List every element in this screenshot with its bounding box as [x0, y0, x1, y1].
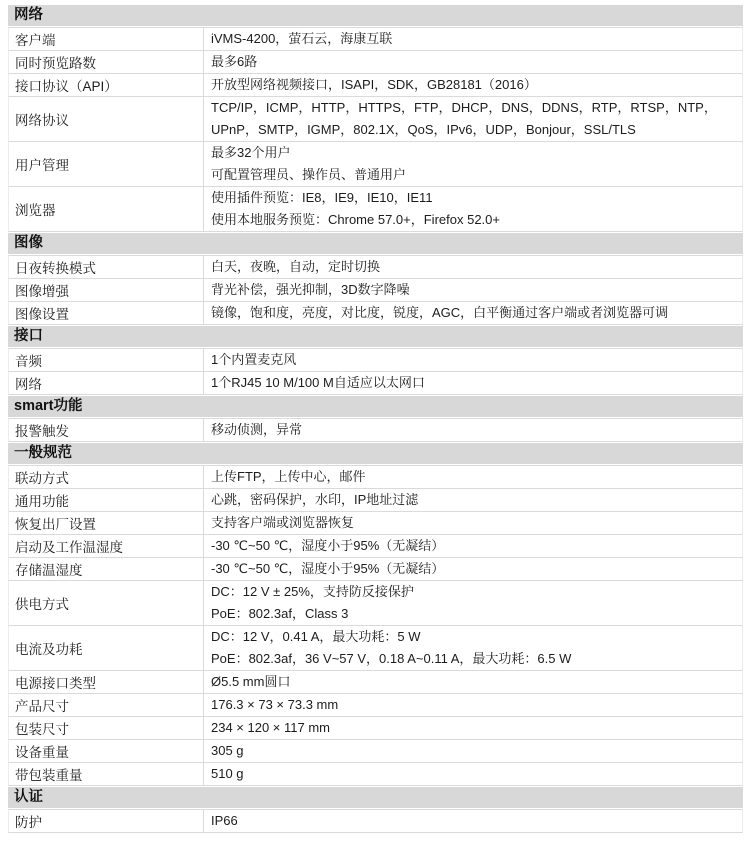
- spec-row: 浏览器使用插件预览：IE8，IE9，IE10，IE11使用本地服务预览：Chro…: [8, 187, 743, 232]
- spec-value-line: 1个RJ45 10 M/100 M自适应以太网口: [211, 372, 735, 394]
- spec-label: 接口协议（API）: [9, 74, 204, 96]
- section-header: smart功能: [8, 396, 743, 417]
- spec-row: 供电方式DC：12 V ± 25%，支持防反接保护PoE：802.3af，Cla…: [8, 581, 743, 626]
- spec-row: 图像设置镜像，饱和度，亮度，对比度，锐度，AGC，白平衡通过客户端或者浏览器可调: [8, 302, 743, 325]
- spec-label: 用户管理: [9, 142, 204, 186]
- spec-label: 图像设置: [9, 302, 204, 324]
- spec-row: 报警触发移动侦测，异常: [8, 418, 743, 442]
- spec-value: DC：12 V，0.41 A，最大功耗：5 WPoE：802.3af，36 V~…: [204, 626, 742, 670]
- spec-row: 图像增强背光补偿，强光抑制，3D数字降噪: [8, 279, 743, 302]
- spec-value-line: 镜像，饱和度，亮度，对比度，锐度，AGC，白平衡通过客户端或者浏览器可调: [211, 302, 735, 324]
- section-header: 网络: [8, 5, 743, 26]
- spec-label: 联动方式: [9, 466, 204, 488]
- spec-value: 使用插件预览：IE8，IE9，IE10，IE11使用本地服务预览：Chrome …: [204, 187, 742, 231]
- spec-row: 防护IP66: [8, 809, 743, 833]
- spec-value-line: 白天，夜晚，自动，定时切换: [211, 256, 735, 278]
- spec-value: 最多6路: [204, 51, 742, 73]
- spec-value-line: 使用本地服务预览：Chrome 57.0+，Firefox 52.0+: [211, 209, 735, 231]
- spec-row: 日夜转换模式白天，夜晚，自动，定时切换: [8, 255, 743, 279]
- spec-label: 网络: [9, 372, 204, 394]
- section-header: 认证: [8, 787, 743, 808]
- spec-value: iVMS-4200，萤石云，海康互联: [204, 28, 742, 50]
- spec-label: 电源接口类型: [9, 671, 204, 693]
- spec-label: 恢复出厂设置: [9, 512, 204, 534]
- spec-value-line: -30 ℃~50 ℃，湿度小于95%（无凝结）: [211, 558, 735, 580]
- spec-value-line: PoE：802.3af，36 V~57 V，0.18 A~0.11 A，最大功耗…: [211, 648, 735, 670]
- spec-row: 恢复出厂设置支持客户端或浏览器恢复: [8, 512, 743, 535]
- spec-label: 带包装重量: [9, 763, 204, 785]
- section-header: 图像: [8, 233, 743, 254]
- spec-row: 设备重量305 g: [8, 740, 743, 763]
- spec-label: 报警触发: [9, 419, 204, 441]
- spec-value-line: 176.3 × 73 × 73.3 mm: [211, 694, 735, 716]
- spec-label: 同时预览路数: [9, 51, 204, 73]
- spec-value-line: 234 × 120 × 117 mm: [211, 717, 735, 739]
- spec-value: 最多32个用户可配置管理员、操作员、普通用户: [204, 142, 742, 186]
- spec-label: 防护: [9, 810, 204, 832]
- spec-label: 通用功能: [9, 489, 204, 511]
- spec-label: 包装尺寸: [9, 717, 204, 739]
- spec-value: 1个RJ45 10 M/100 M自适应以太网口: [204, 372, 742, 394]
- spec-value: 1个内置麦克风: [204, 349, 742, 371]
- spec-value-line: TCP/IP，ICMP，HTTP，HTTPS，FTP，DHCP，DNS，DDNS…: [211, 97, 735, 141]
- spec-row: 同时预览路数最多6路: [8, 51, 743, 74]
- spec-value-line: PoE：802.3af，Class 3: [211, 603, 735, 625]
- spec-value-line: 背光补偿，强光抑制，3D数字降噪: [211, 279, 735, 301]
- spec-label: 供电方式: [9, 581, 204, 625]
- spec-value-line: 使用插件预览：IE8，IE9，IE10，IE11: [211, 187, 735, 209]
- spec-value-line: 最多32个用户: [211, 142, 735, 164]
- spec-value: 心跳，密码保护，水印，IP地址过滤: [204, 489, 742, 511]
- spec-label: 客户端: [9, 28, 204, 50]
- spec-value-line: Ø5.5 mm圆口: [211, 671, 735, 693]
- spec-value-line: iVMS-4200，萤石云，海康互联: [211, 28, 735, 50]
- spec-row: 音频1个内置麦克风: [8, 348, 743, 372]
- spec-row: 包装尺寸234 × 120 × 117 mm: [8, 717, 743, 740]
- spec-row: 电源接口类型Ø5.5 mm圆口: [8, 671, 743, 694]
- spec-label: 启动及工作温湿度: [9, 535, 204, 557]
- spec-value-line: DC：12 V，0.41 A，最大功耗：5 W: [211, 626, 735, 648]
- spec-value: -30 ℃~50 ℃，湿度小于95%（无凝结）: [204, 535, 742, 557]
- spec-row: 联动方式上传FTP，上传中心，邮件: [8, 465, 743, 489]
- spec-label: 图像增强: [9, 279, 204, 301]
- spec-value: 移动侦测，异常: [204, 419, 742, 441]
- spec-row: 启动及工作温湿度-30 ℃~50 ℃，湿度小于95%（无凝结）: [8, 535, 743, 558]
- spec-value-line: 可配置管理员、操作员、普通用户: [211, 164, 735, 186]
- spec-value: DC：12 V ± 25%，支持防反接保护PoE：802.3af，Class 3: [204, 581, 742, 625]
- spec-row: 客户端iVMS-4200，萤石云，海康互联: [8, 27, 743, 51]
- spec-label: 浏览器: [9, 187, 204, 231]
- spec-value: 白天，夜晚，自动，定时切换: [204, 256, 742, 278]
- spec-value-line: 上传FTP，上传中心，邮件: [211, 466, 735, 488]
- spec-value: 510 g: [204, 763, 742, 785]
- spec-value: 上传FTP，上传中心，邮件: [204, 466, 742, 488]
- spec-value: 305 g: [204, 740, 742, 762]
- spec-row: 网络协议TCP/IP，ICMP，HTTP，HTTPS，FTP，DHCP，DNS，…: [8, 97, 743, 142]
- spec-value-line: 305 g: [211, 740, 735, 762]
- spec-value: 背光补偿，强光抑制，3D数字降噪: [204, 279, 742, 301]
- spec-row: 存储温湿度-30 ℃~50 ℃，湿度小于95%（无凝结）: [8, 558, 743, 581]
- spec-label: 日夜转换模式: [9, 256, 204, 278]
- spec-value-line: 510 g: [211, 763, 735, 785]
- spec-value-line: 开放型网络视频接口，ISAPI，SDK，GB28181（2016）: [211, 74, 735, 96]
- spec-value-line: 心跳，密码保护，水印，IP地址过滤: [211, 489, 735, 511]
- spec-value: -30 ℃~50 ℃，湿度小于95%（无凝结）: [204, 558, 742, 580]
- spec-value: TCP/IP，ICMP，HTTP，HTTPS，FTP，DHCP，DNS，DDNS…: [204, 97, 742, 141]
- spec-row: 电流及功耗DC：12 V，0.41 A，最大功耗：5 WPoE：802.3af，…: [8, 626, 743, 671]
- spec-row: 带包装重量510 g: [8, 763, 743, 786]
- spec-value: IP66: [204, 810, 742, 832]
- spec-value-line: -30 ℃~50 ℃，湿度小于95%（无凝结）: [211, 535, 735, 557]
- section-header: 一般规范: [8, 443, 743, 464]
- spec-value: 176.3 × 73 × 73.3 mm: [204, 694, 742, 716]
- spec-value-line: 移动侦测，异常: [211, 419, 735, 441]
- spec-value-line: 最多6路: [211, 51, 735, 73]
- spec-value: 234 × 120 × 117 mm: [204, 717, 742, 739]
- spec-label: 产品尺寸: [9, 694, 204, 716]
- spec-row: 用户管理最多32个用户可配置管理员、操作员、普通用户: [8, 142, 743, 187]
- spec-row: 产品尺寸176.3 × 73 × 73.3 mm: [8, 694, 743, 717]
- spec-row: 通用功能心跳，密码保护，水印，IP地址过滤: [8, 489, 743, 512]
- spec-value-line: 支持客户端或浏览器恢复: [211, 512, 735, 534]
- spec-value: Ø5.5 mm圆口: [204, 671, 742, 693]
- spec-label: 网络协议: [9, 97, 204, 141]
- spec-label: 设备重量: [9, 740, 204, 762]
- spec-label: 存储温湿度: [9, 558, 204, 580]
- spec-row: 网络1个RJ45 10 M/100 M自适应以太网口: [8, 372, 743, 395]
- spec-label: 音频: [9, 349, 204, 371]
- spec-label: 电流及功耗: [9, 626, 204, 670]
- spec-row: 接口协议（API）开放型网络视频接口，ISAPI，SDK，GB28181（201…: [8, 74, 743, 97]
- section-header: 接口: [8, 326, 743, 347]
- spec-value: 支持客户端或浏览器恢复: [204, 512, 742, 534]
- spec-value-line: 1个内置麦克风: [211, 349, 735, 371]
- spec-table: 网络客户端iVMS-4200，萤石云，海康互联同时预览路数最多6路接口协议（AP…: [8, 4, 743, 833]
- spec-value: 开放型网络视频接口，ISAPI，SDK，GB28181（2016）: [204, 74, 742, 96]
- spec-value: 镜像，饱和度，亮度，对比度，锐度，AGC，白平衡通过客户端或者浏览器可调: [204, 302, 742, 324]
- spec-value-line: IP66: [211, 810, 735, 832]
- spec-value-line: DC：12 V ± 25%，支持防反接保护: [211, 581, 735, 603]
